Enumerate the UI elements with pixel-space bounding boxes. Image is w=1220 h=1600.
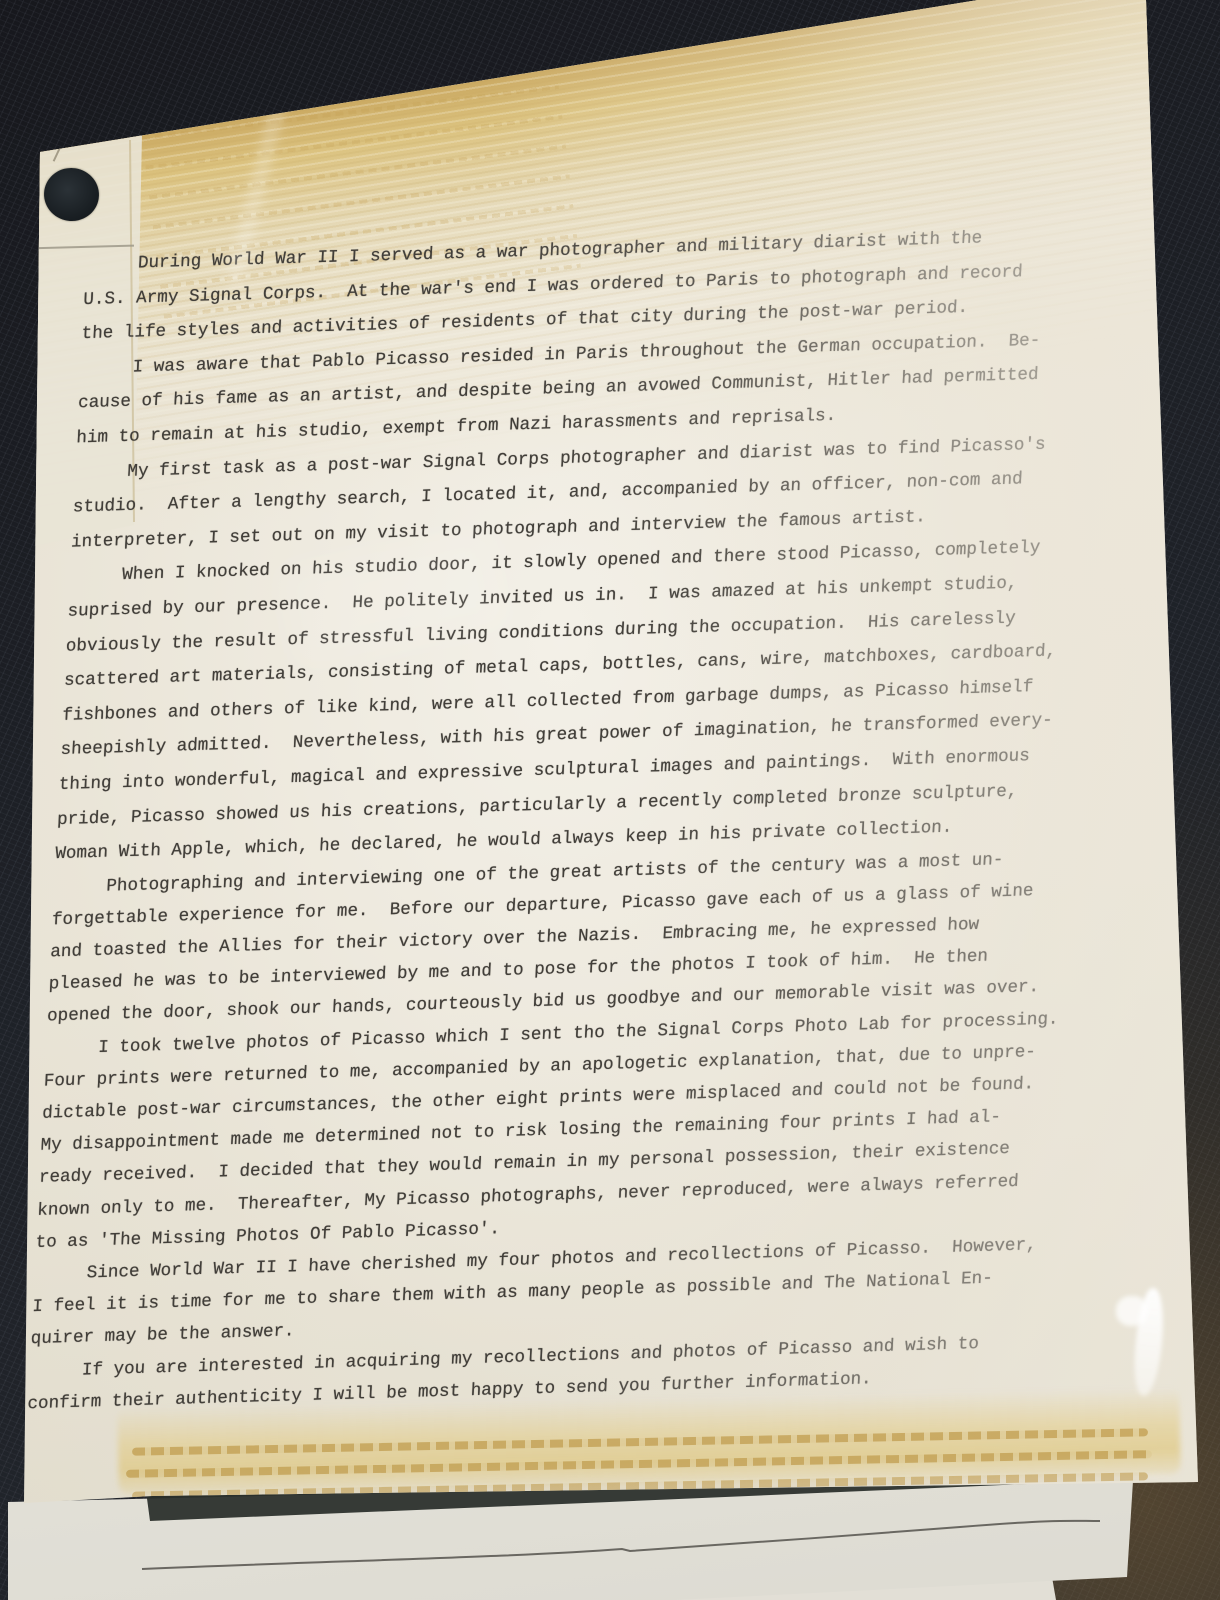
typed-letter-body: During World War II I served as a war ph… bbox=[27, 217, 1146, 1421]
letter-sheet: During World War II I served as a war ph… bbox=[0, 0, 1220, 1600]
photograph-of-letter: During World War II I served as a war ph… bbox=[0, 0, 1220, 1600]
